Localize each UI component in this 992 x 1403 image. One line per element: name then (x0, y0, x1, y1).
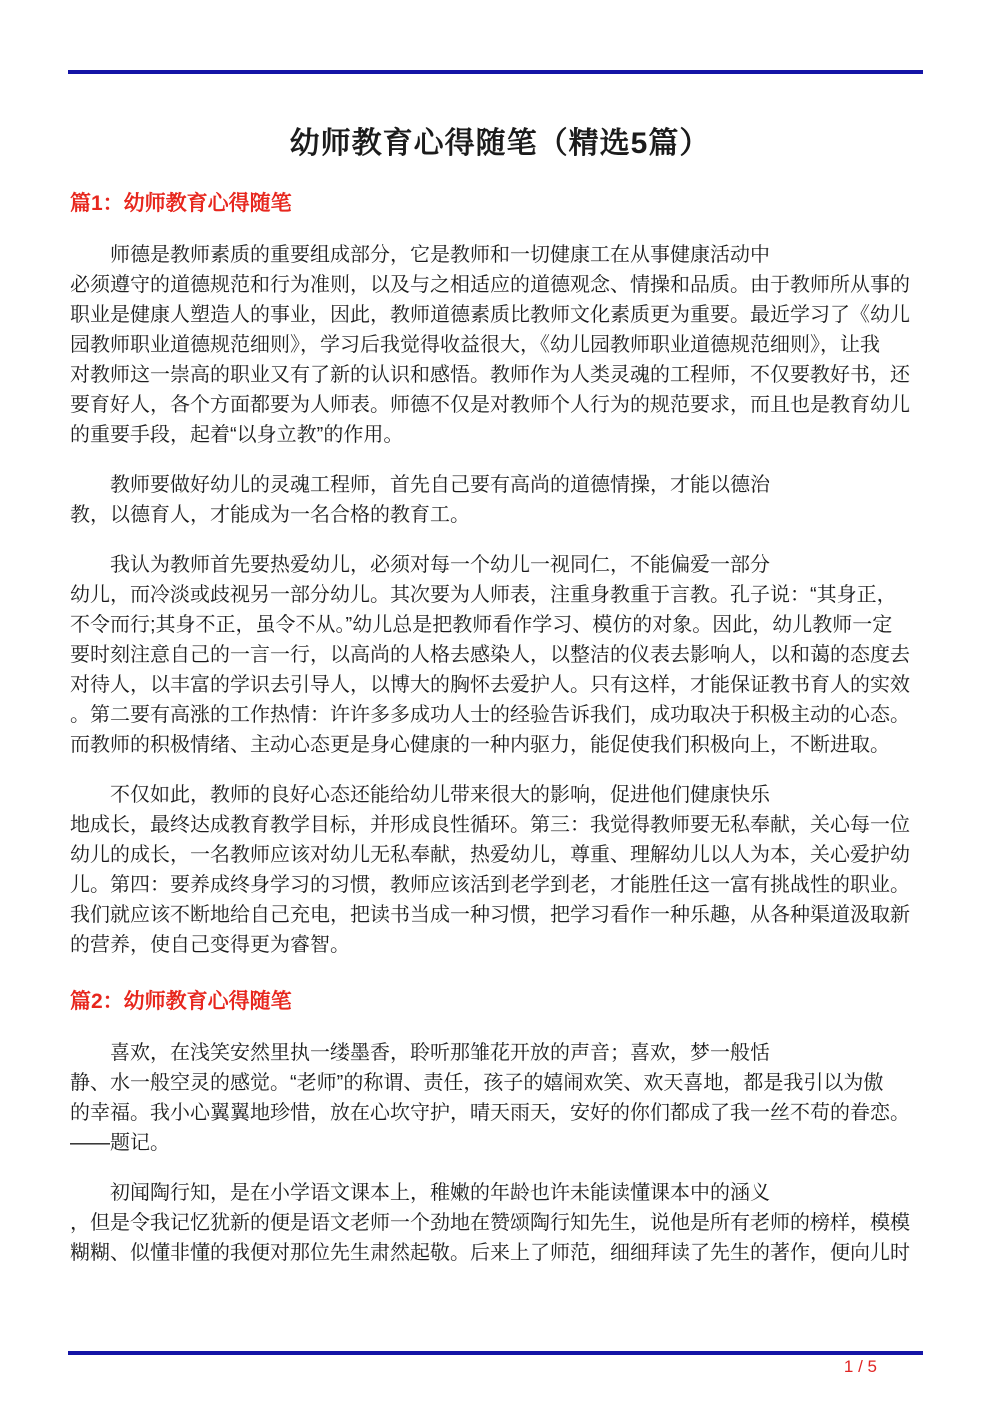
section-1-paragraph-1: 师德是教师素质的重要组成部分，它是教师和一切健康工在从事健康活动中 必须遵守的道… (70, 240, 930, 450)
section-2-heading: 篇2：幼师教育心得随笔 (70, 988, 930, 1016)
top-divider (68, 70, 923, 74)
section-1-paragraph-4: 不仅如此，教师的良好心态还能给幼儿带来很大的影响，促进他们健康快乐 地成长，最终… (70, 780, 930, 960)
section-2-paragraph-2: 初闻陶行知，是在小学语文课本上，稚嫩的年龄也许未能读懂课本中的涵义 ，但是令我记… (70, 1178, 930, 1268)
document-title: 幼师教育心得随笔（精选5篇） (70, 126, 930, 162)
section-1-heading: 篇1：幼师教育心得随笔 (70, 190, 930, 218)
bottom-divider (68, 1351, 923, 1355)
page-number: 1 / 5 (844, 1357, 877, 1377)
document-body: 幼师教育心得随笔（精选5篇） 篇1：幼师教育心得随笔 师德是教师素质的重要组成部… (0, 126, 992, 1268)
section-1-paragraph-2: 教师要做好幼儿的灵魂工程师，首先自己要有高尚的道德情操，才能以德治 教，以德育人… (70, 470, 930, 530)
section-1-paragraph-3: 我认为教师首先要热爱幼儿，必须对每一个幼儿一视同仁，不能偏爱一部分 幼儿，而冷淡… (70, 550, 930, 760)
section-2-paragraph-1: 喜欢，在浅笑安然里执一缕墨香，聆听那雏花开放的声音；喜欢，梦一般恬 静、水一般空… (70, 1038, 930, 1158)
